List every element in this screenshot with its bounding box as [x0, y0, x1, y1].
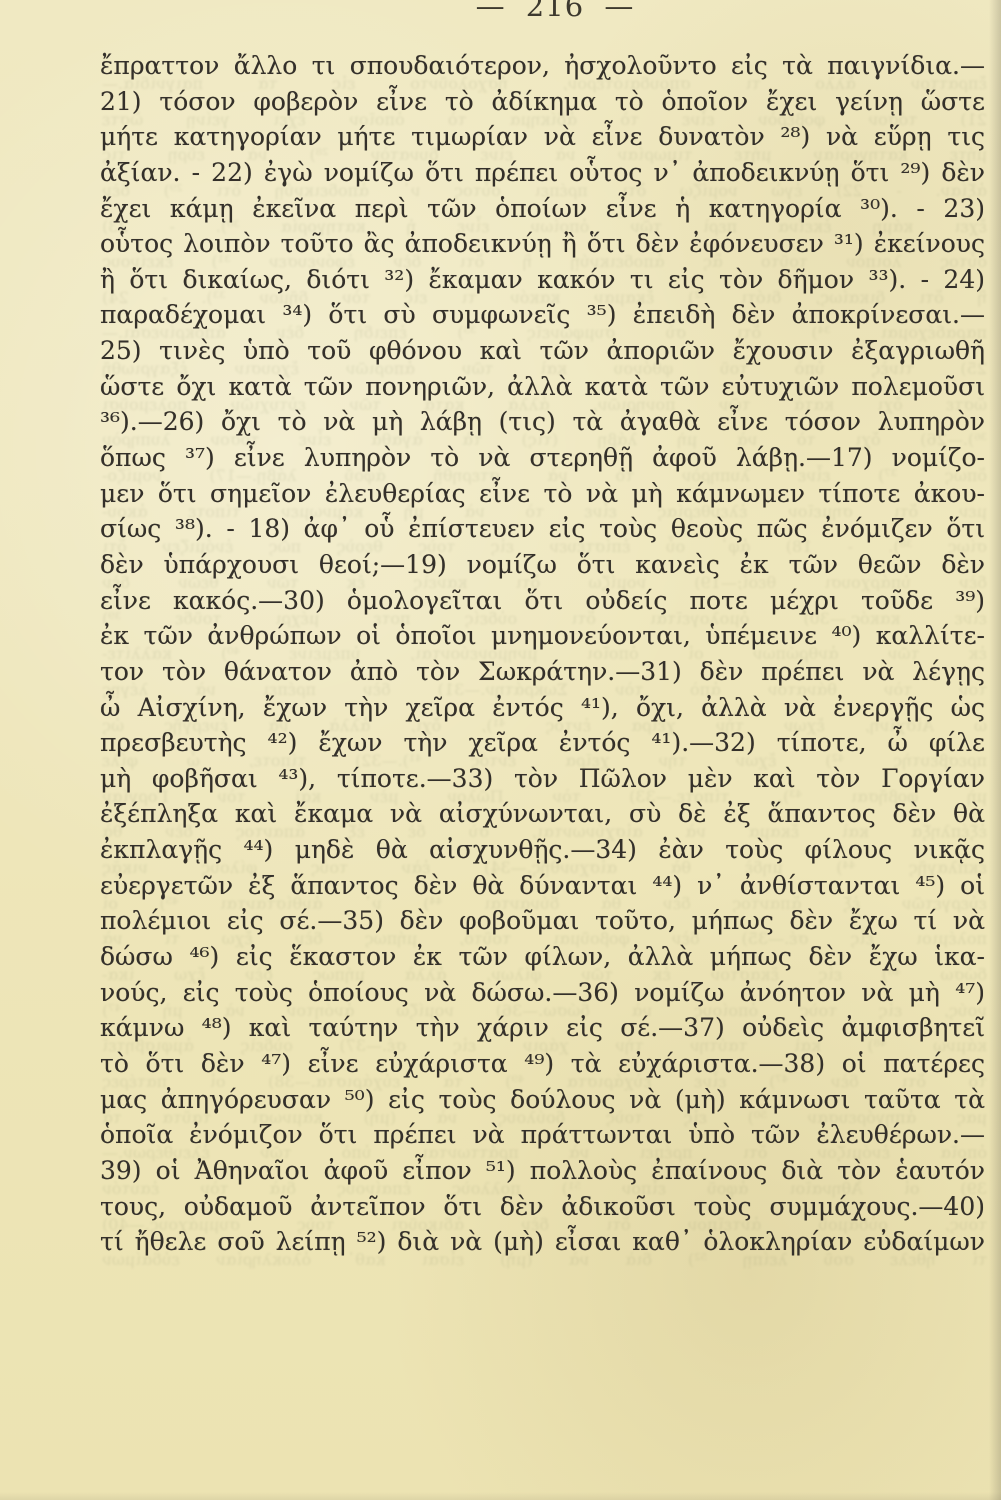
- text-line: κάμνω ⁴⁸) καὶ ταύτην τὴν χάριν εἰς σέ.—3…: [100, 1010, 985, 1046]
- text-line: ὥστε ὄχι κατὰ τῶν πονηριῶν, ἀλλὰ κατὰ τῶ…: [100, 369, 985, 405]
- text-line: δὲν ὑπάρχουσι θεοί;—19) νομίζω ὅτι κανεὶ…: [100, 547, 985, 583]
- body-text: ἔπραττον ἄλλο τι σπουδαιότερον, ἠσχολοῦν…: [100, 48, 985, 1260]
- text-line: ³⁶).—26) ὄχι τὸ νὰ μὴ λάβῃ (τις) τὰ ἀγαθ…: [100, 404, 985, 440]
- text-line: ἐκπλαγῇς ⁴⁴) μηδὲ θὰ αἰσχυνθῇς.—34) ἐὰν …: [100, 832, 985, 868]
- page-number: — 216 —: [115, 0, 995, 21]
- text-line: ἔχει κάμῃ ἐκεῖνα περὶ τῶν ὁποίων εἶνε ἡ …: [100, 191, 985, 227]
- text-line: τους, οὐδαμοῦ ἀντεῖπον ὅτι δὲν ἀδικοῦσι …: [100, 1189, 985, 1225]
- text-line: 21) τόσον φοβερὸν εἶνε τὸ ἀδίκημα τὸ ὁπο…: [100, 84, 985, 120]
- text-line: μὴ φοβῆσαι ⁴³), τίποτε.—33) τὸν Πῶλον μὲ…: [100, 761, 985, 797]
- text-line: ὦ Αἰσχίνη, ἔχων τὴν χεῖρα ἐντός ⁴¹), ὄχι…: [100, 690, 985, 726]
- text-line: πολέμιοι εἰς σέ.—35) δὲν φοβοῦμαι τοῦτο,…: [100, 903, 985, 939]
- text-line: μεν ὅτι σημεῖον ἐλευθερίας εἶνε τὸ νὰ μὴ…: [100, 476, 985, 512]
- text-line: ἐκ τῶν ἀνθρώπων οἱ ὁποῖοι μνημονεύονται,…: [100, 618, 985, 654]
- text-line: εἶνε κακός.—30) ὁμολογεῖται ὅτι οὐδείς π…: [100, 583, 985, 619]
- text-line: τον τὸν θάνατον ἀπὸ τὸν Σωκράτην.—31) δὲ…: [100, 654, 985, 690]
- text-line: ἢ ὅτι δικαίως, διότι ³²) ἔκαμαν κακόν τι…: [100, 262, 985, 298]
- text-line: ἔπραττον ἄλλο τι σπουδαιότερον, ἠσχολοῦν…: [100, 48, 985, 84]
- text-line: ἐξέπληξα καὶ ἔκαμα νὰ αἰσχύνωνται, σὺ δὲ…: [100, 796, 985, 832]
- text-line: ὅπως ³⁷) εἶνε λυπηρὸν τὸ νὰ στερηθῇ ἀφοῦ…: [100, 440, 985, 476]
- text-line: δώσω ⁴⁶) εἰς ἕκαστον ἐκ τῶν φίλων, ἀλλὰ …: [100, 939, 985, 975]
- text-line: μήτε κατηγορίαν μήτε τιμωρίαν νὰ εἶνε δυ…: [100, 119, 985, 155]
- text-line: ὁποῖα ἐνόμιζον ὅτι πρέπει νὰ πράττωνται …: [100, 1117, 985, 1153]
- page-edge-shadow-right: [989, 0, 1001, 1500]
- scanned-book-page: ἔπραττον ἄλλο τι σπουδαιότερον, ἠσχολοῦν…: [0, 0, 1001, 1500]
- text-line: οὗτος λοιπὸν τοῦτο ἂς ἀποδεικνύῃ ἢ ὅτι δ…: [100, 226, 985, 262]
- text-line: εὐεργετῶν ἐξ ἅπαντος δὲν θὰ δύνανται ⁴⁴)…: [100, 868, 985, 904]
- text-line: τί ἤθελε σοῦ λείπῃ ⁵²) διὰ νὰ (μὴ) εἶσαι…: [100, 1224, 985, 1260]
- text-line: 25) τινὲς ὑπὸ τοῦ φθόνου καὶ τῶν ἀποριῶν…: [100, 333, 985, 369]
- text-line: παραδέχομαι ³⁴) ὅτι σὺ συμφωνεῖς ³⁵) ἐπε…: [100, 297, 985, 333]
- page-edge-shadow-bottom: [0, 1492, 1001, 1500]
- text-line: σίως ³⁸). - 18) ἀφ᾽ οὗ ἐπίστευεν εἰς τοὺ…: [100, 511, 985, 547]
- text-line: πρεσβευτὴς ⁴²) ἔχων τὴν χεῖρα ἐντός ⁴¹).…: [100, 725, 985, 761]
- text-line: ἀξίαν. - 22) ἐγὼ νομίζω ὅτι πρέπει οὗτος…: [100, 155, 985, 191]
- text-line: μας ἀπηγόρευσαν ⁵⁰) εἰς τοὺς δούλους νὰ …: [100, 1082, 985, 1118]
- text-line: τὸ ὅτι δὲν ⁴⁷) εἶνε εὐχάριστα ⁴⁹) τὰ εὐχ…: [100, 1046, 985, 1082]
- text-line: 39) οἱ Ἀθηναῖοι ἀφοῦ εἶπον ⁵¹) πολλοὺς ἐ…: [100, 1153, 985, 1189]
- text-line: νούς, εἰς τοὺς ὁποίους νὰ δώσω.—36) νομί…: [100, 975, 985, 1011]
